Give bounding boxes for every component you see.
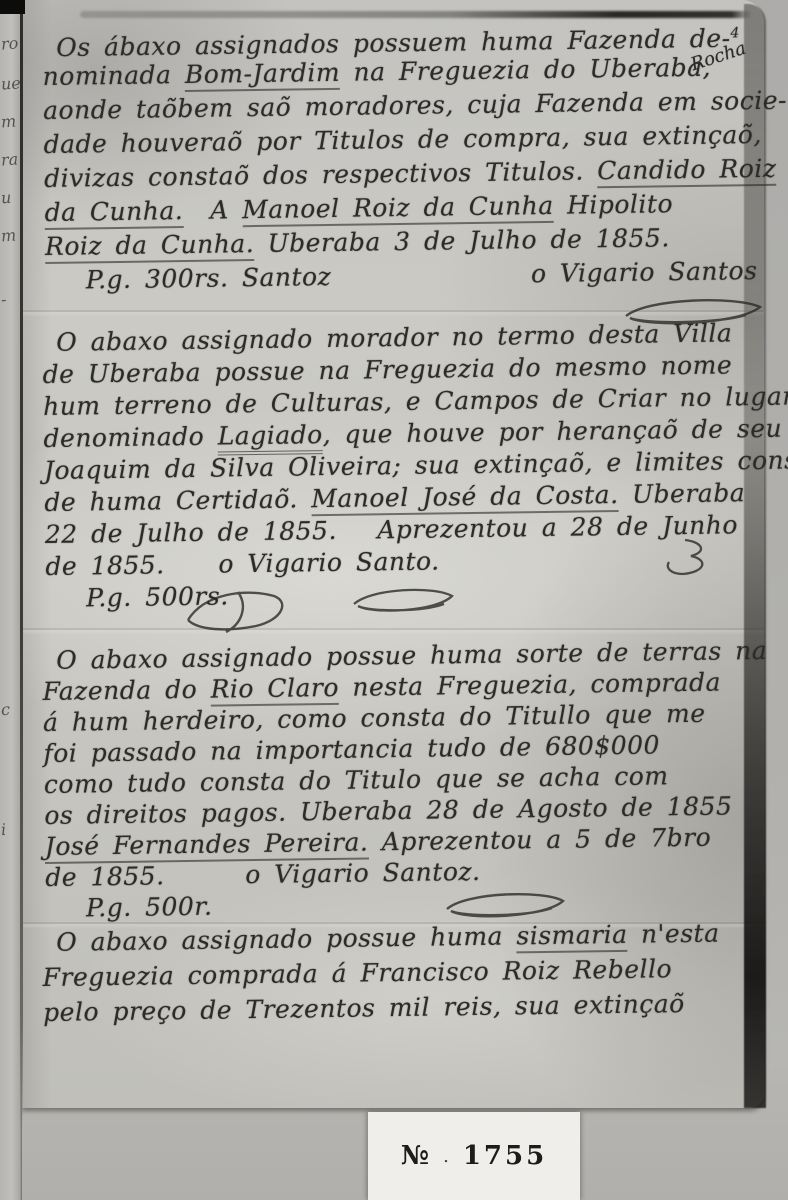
text-segment: Uberaba xyxy=(618,478,745,509)
text-segment: Rio Claro xyxy=(210,673,339,707)
text-segment: Fazenda do xyxy=(42,675,210,706)
signature-flourish xyxy=(440,888,570,926)
adjacent-page-text-fragment: ro xyxy=(0,33,19,53)
page-top-edge xyxy=(80,11,752,18)
text-segment: A xyxy=(183,195,242,225)
manuscript-scan: ro ue m ra u m - c i Os ábaxo assignados… xyxy=(0,0,788,1200)
adjacent-page-text-fragment: ra xyxy=(0,149,18,169)
signature-flourish xyxy=(655,536,715,578)
text-segment: Aprezentou a 5 de 7bro xyxy=(368,823,711,857)
adjacent-page-text-fragment: - xyxy=(0,290,7,309)
text-segment: Bom-Jardim xyxy=(185,58,341,92)
adjacent-page-text-fragment: ue xyxy=(0,73,21,93)
adjacent-page-text-fragment: m xyxy=(0,225,16,245)
text-segment: O abaxo assignado possue huma xyxy=(56,921,517,956)
numero-sign: № xyxy=(401,1141,429,1171)
text-segment: Manoel José da Costa. xyxy=(311,480,619,516)
register-entry-4: O abaxo assignado possue huma sismaria n… xyxy=(42,918,755,1033)
page-crease xyxy=(22,628,764,630)
register-entry-1: Os ábaxo assignados possuem huma Fazenda… xyxy=(42,18,758,300)
text-segment: P.g. 500r. xyxy=(45,892,212,923)
adjacent-page-text-fragment: m xyxy=(0,111,16,131)
text-segment: Manoel Roiz da Cunha xyxy=(242,191,554,227)
text-segment: Hipolito xyxy=(553,189,673,220)
signature-flourish xyxy=(178,586,298,636)
adjacent-page-text-fragment: i xyxy=(0,820,6,839)
signature-flourish xyxy=(618,294,768,332)
adjacent-page-text-fragment: c xyxy=(0,700,10,720)
signature-flourish xyxy=(348,584,458,620)
text-segment: de huma Certidaõ. xyxy=(44,484,311,517)
text-segment: Roiz da Cunha. xyxy=(45,229,255,264)
adjacent-page-text-fragment: u xyxy=(0,188,12,208)
text-segment: nesta Freguezia, comprada xyxy=(339,668,721,702)
text-segment: de 1855. o Vigario Santo. xyxy=(45,546,440,581)
text-segment: na Freguezia do Uberaba, xyxy=(340,53,711,87)
register-entry-3: O abaxo assignado possue huma sorte de t… xyxy=(42,636,758,925)
archive-number: 1755 xyxy=(463,1141,547,1171)
archive-number-label: № . 1755 xyxy=(368,1112,580,1200)
text-segment: n'esta xyxy=(627,919,719,949)
binding-gutter: ro ue m ra u m - c i xyxy=(0,0,22,1200)
text-segment: da Cunha. xyxy=(44,196,183,230)
text-segment: o Vigario Santos xyxy=(531,256,758,293)
register-entry-2: O abaxo assignado morador no termo desta… xyxy=(42,318,758,616)
text-segment: Lagiado xyxy=(217,420,322,455)
text-segment: P.g. 300rs. Santoz xyxy=(45,262,331,300)
binding-edge-line xyxy=(20,0,23,1132)
stamp-dot: . xyxy=(443,1146,449,1167)
text-segment: Candido Roiz xyxy=(597,154,777,188)
scan-corner-mark xyxy=(0,0,25,14)
text-segment: Uberaba 3 de Julho de 1855. xyxy=(254,223,670,258)
text-segment: denominado xyxy=(43,422,218,453)
text-segment: nominada xyxy=(42,60,185,91)
text-segment: de 1855. o Vigario Santoz. xyxy=(45,857,481,892)
